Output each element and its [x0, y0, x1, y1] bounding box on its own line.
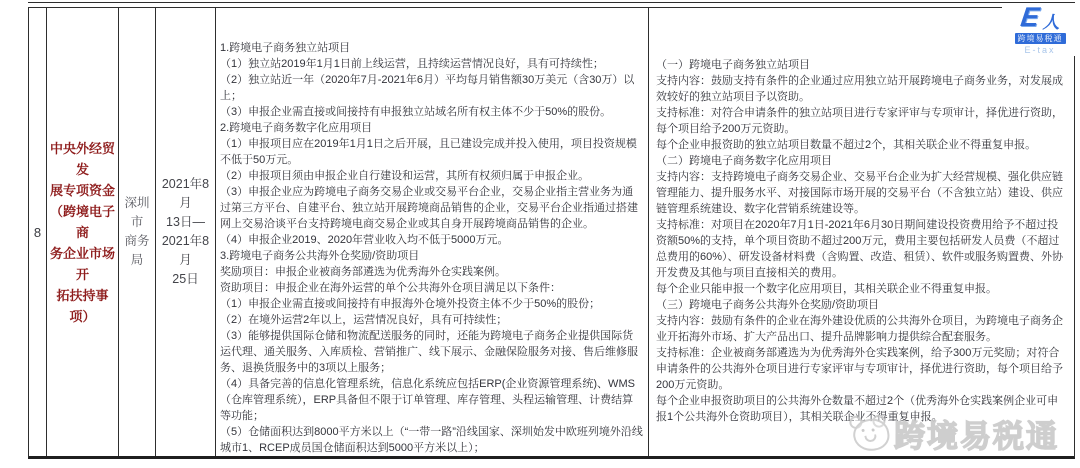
- logo-person-glyph: 人: [1041, 8, 1063, 33]
- policy-table: 8 中央外经贸发 展专项资金 （跨境电子商 务企业市场开 拓扶持事项） 深圳市 …: [28, 2, 1075, 461]
- table-row: 8 中央外经贸发 展专项资金 （跨境电子商 务企业市场开 拓扶持事项） 深圳市 …: [28, 7, 1075, 459]
- brand-logo: E 人 跨境易税通 E-tax: [1002, 3, 1078, 56]
- fund-name-cell: 中央外经贸发 展专项资金 （跨境电子商 务企业市场开 拓扶持事项）: [47, 8, 119, 456]
- application-conditions-cell: 1.跨境电子商务独立站项目 （1）独立站2019年1月1日前上线运营，且持续运营…: [216, 8, 649, 456]
- date-range-cell: 2021年8月 13日— 2021年8月 25日: [156, 8, 216, 456]
- row-number-cell: 8: [29, 8, 47, 456]
- etax-logo-icon: E 人: [1017, 5, 1063, 33]
- brand-subtitle: E-tax: [1024, 45, 1055, 55]
- agency-cell: 深圳市 商务局: [119, 8, 156, 456]
- brand-name: 跨境易税通: [1015, 33, 1066, 44]
- support-content-cell: （一）跨境电子商务独立站项目 支持内容：鼓励支持有条件的企业通过应用独立站开展跨…: [649, 8, 1074, 456]
- logo-letter-e: E: [1019, 2, 1041, 33]
